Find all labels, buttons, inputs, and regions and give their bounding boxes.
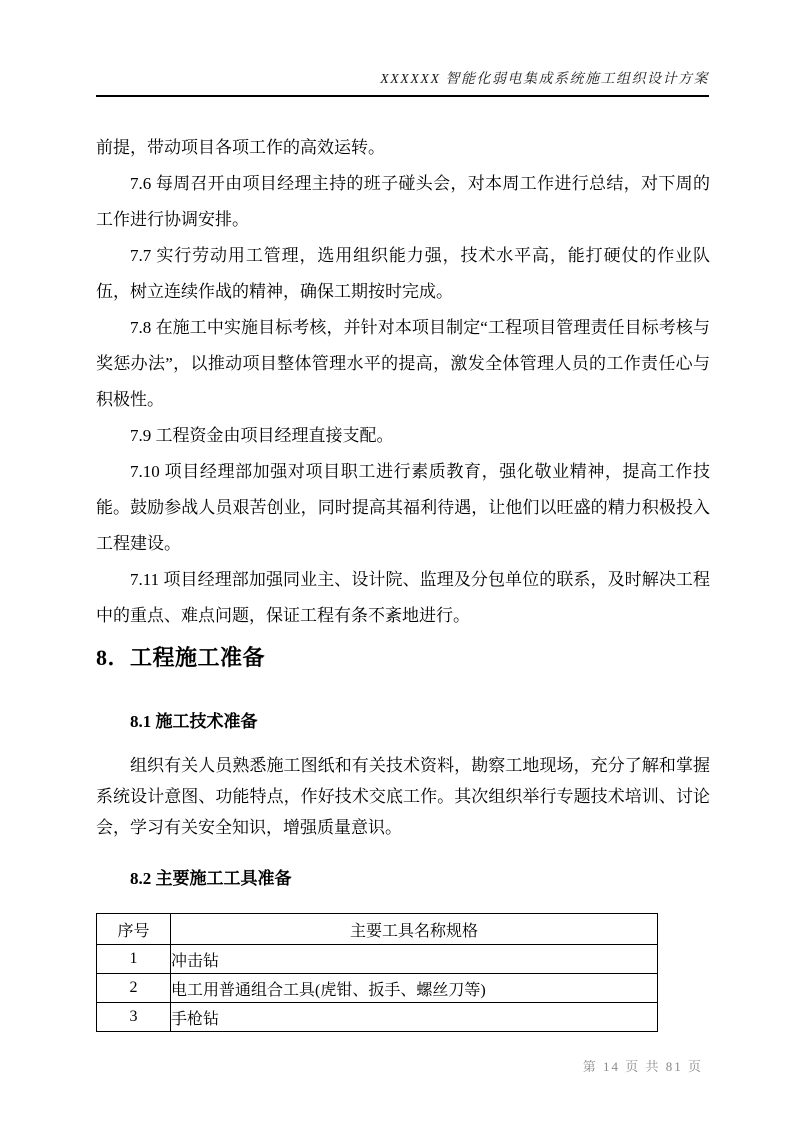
paragraph-continuation: 前提，带动项目各项工作的高效运转。 (96, 130, 710, 166)
paragraph-7-10: 7.10 项目经理部加强对项目职工进行素质教育，强化敬业精神，提高工作技能。鼓励… (96, 454, 710, 562)
subsection-heading-8-2: 8.2 主要施工工具准备 (96, 867, 710, 891)
tools-table: 序号 主要工具名称规格 1 冲击钻 2 电工用普通组合工具(虎钳、扳手、螺丝刀等… (96, 913, 658, 1032)
page-footer: 第 14 页 共 81 页 (583, 1056, 703, 1075)
table-cell-tool-name: 电工用普通组合工具(虎钳、扳手、螺丝刀等) (171, 974, 658, 1003)
table-header-index: 序号 (97, 914, 171, 945)
paragraph-7-6: 7.6 每周召开由项目经理主持的班子碰头会，对本周工作进行总结，对下周的工作进行… (96, 166, 710, 238)
paragraph-7-7: 7.7 实行劳动用工管理，选用组织能力强，技术水平高，能打硬仗的作业队伍，树立连… (96, 238, 710, 310)
table-row: 1 冲击钻 (97, 945, 658, 974)
table-header-row: 序号 主要工具名称规格 (97, 914, 658, 945)
header-title: XXXXXX 智能化弱电集成系统施工组织设计方案 (380, 72, 709, 87)
tools-table-body: 1 冲击钻 2 电工用普通组合工具(虎钳、扳手、螺丝刀等) 3 手枪钻 (97, 945, 658, 1032)
document-body: 前提，带动项目各项工作的高效运转。 7.6 每周召开由项目经理主持的班子碰头会，… (96, 130, 710, 1032)
page-number: 第 14 页 共 81 页 (583, 1059, 703, 1074)
paragraph-7-9: 7.9 工程资金由项目经理直接支配。 (96, 418, 710, 454)
page-header: XXXXXX 智能化弱电集成系统施工组织设计方案 (96, 0, 709, 97)
table-cell-tool-name: 冲击钻 (171, 945, 658, 974)
document-page: XXXXXX 智能化弱电集成系统施工组织设计方案 前提，带动项目各项工作的高效运… (0, 0, 793, 1122)
table-cell-index: 1 (97, 945, 171, 974)
table-cell-index: 2 (97, 974, 171, 1003)
paragraph-8-1: 组织有关人员熟悉施工图纸和有关技术资料，勘察工地现场，充分了解和掌握系统设计意图… (96, 750, 710, 843)
table-row: 3 手枪钻 (97, 1003, 658, 1032)
table-row: 2 电工用普通组合工具(虎钳、扳手、螺丝刀等) (97, 974, 658, 1003)
paragraph-7-8: 7.8 在施工中实施目标考核，并针对本项目制定“工程项目管理责任目标考核与奖惩办… (96, 310, 710, 418)
table-header-tool-name: 主要工具名称规格 (171, 914, 658, 945)
section-heading-8: 8．工程施工准备 (96, 642, 710, 674)
paragraph-7-11: 7.11 项目经理部加强同业主、设计院、监理及分包单位的联系，及时解决工程中的重… (96, 562, 710, 634)
subsection-heading-8-1: 8.1 施工技术准备 (96, 710, 710, 734)
table-cell-index: 3 (97, 1003, 171, 1032)
tools-table-head: 序号 主要工具名称规格 (97, 914, 658, 945)
table-cell-tool-name: 手枪钻 (171, 1003, 658, 1032)
